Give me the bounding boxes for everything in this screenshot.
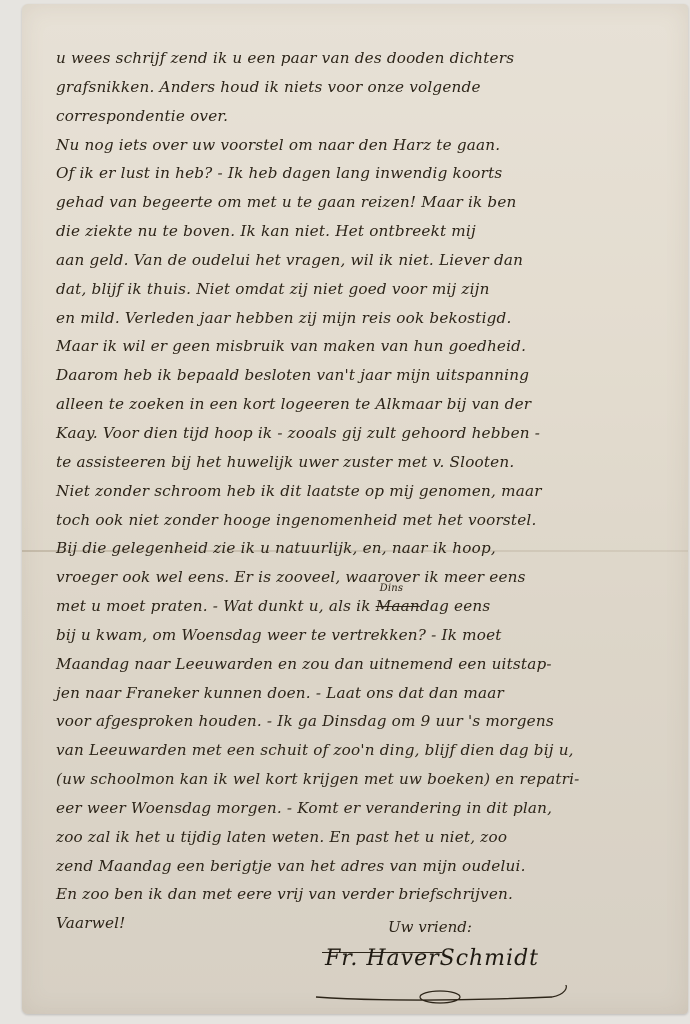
letter-line: Of ik er lust in heb? - Ik heb dagen lan… <box>56 159 686 188</box>
letter-line: u wees schrijf zend ik u een paar van de… <box>56 44 686 73</box>
inserted-word: Dins <box>380 583 404 595</box>
letter-line: eer weer Woensdag morgen. - Komt er vera… <box>56 794 686 823</box>
letter-line: Niet zonder schroom heb ik dit laatste o… <box>56 477 686 506</box>
letter-line: (uw schoolmon kan ik wel kort krijgen me… <box>56 765 686 794</box>
line-text-after: dag eens <box>420 597 490 615</box>
letter-line: te assisteeren bij het huwelijk uwer zus… <box>56 448 686 477</box>
signature-flourish-icon <box>312 985 582 1007</box>
letter-line: Nu nog iets over uw voorstel om naar den… <box>56 131 686 160</box>
letter-line: Daarom heb ik bepaald besloten van't jaa… <box>56 361 686 390</box>
letter-line: Bij die gelegenheid zie ik u natuurlijk,… <box>56 534 686 563</box>
letter-line: correspondentie over. <box>56 102 686 131</box>
letter-line: voor afgesproken houden. - Ik ga Dinsdag… <box>56 707 686 736</box>
letter-line: van Leeuwarden met een schuit of zoo'n d… <box>56 736 686 765</box>
line-text-before: met u moet praten. - Wat dunkt u, als ik <box>56 597 376 615</box>
signature: Fr. HaverSchmidt <box>325 946 539 971</box>
letter-line: grafsnikken. Anders houd ik niets voor o… <box>56 73 686 102</box>
letter-line: Vaarwel! <box>56 909 686 938</box>
letter-line: gehad van begeerte om met u te gaan reiz… <box>56 188 686 217</box>
letter-line: Maar ik wil er geen misbruik van maken v… <box>56 332 686 361</box>
letter-line: die ziekte nu te boven. Ik kan niet. Het… <box>56 217 686 246</box>
letter-line: en mild. Verleden jaar hebben zij mijn r… <box>56 304 686 333</box>
letter-line: En zoo ben ik dan met eere vrij van verd… <box>56 880 686 909</box>
letter-line: jen naar Franeker kunnen doen. - Laat on… <box>56 679 686 708</box>
letter-line: vroeger ook wel eens. Er is zooveel, waa… <box>56 563 686 592</box>
letter-line: zend Maandag een berigtje van het adres … <box>56 852 686 881</box>
letter-line-with-correction: met u moet praten. - Wat dunkt u, als ik… <box>56 592 686 621</box>
letter-line: bij u kwam, om Woensdag weer te vertrekk… <box>56 621 686 650</box>
letter-line: zoo zal ik het u tijdig laten weten. En … <box>56 823 686 852</box>
letter-line: Kaay. Voor dien tijd hoop ik - zooals gi… <box>56 419 686 448</box>
letter-line: dat, blijf ik thuis. Niet omdat zij niet… <box>56 275 686 304</box>
letter-line: alleen te zoeken in een kort logeeren te… <box>56 390 686 419</box>
closing-salutation: Uw vriend: <box>388 918 472 936</box>
correction: DinsMaan <box>376 597 420 615</box>
letter-line: aan geld. Van de oudelui het vragen, wil… <box>56 246 686 275</box>
letter-line: toch ook niet zonder hooge ingenomenheid… <box>56 506 686 535</box>
letter-line: Maandag naar Leeuwarden en zou dan uitne… <box>56 650 686 679</box>
struck-word: Maan <box>376 597 420 615</box>
letter-body: u wees schrijf zend ik u een paar van de… <box>56 44 686 938</box>
